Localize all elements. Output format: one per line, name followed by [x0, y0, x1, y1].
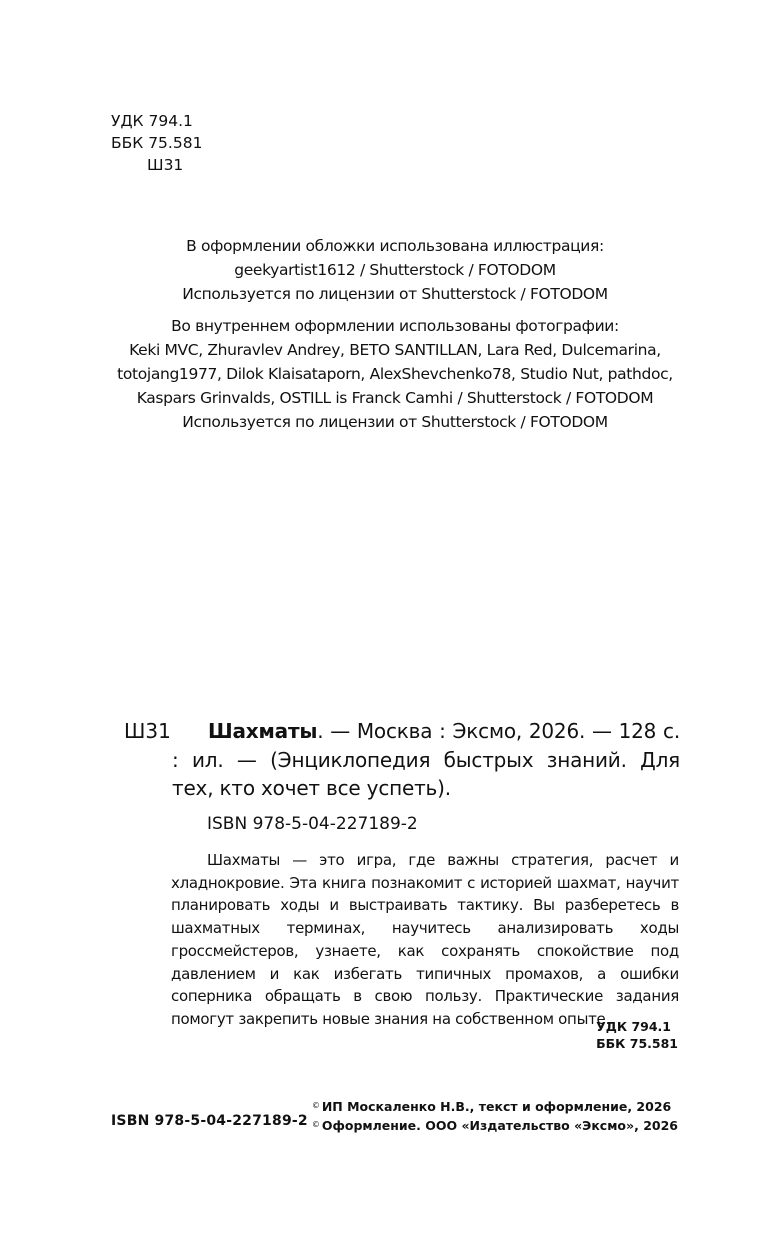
record-entry: Шахматы. — Москва : Эксмо, 2026. — 128 с… — [172, 717, 680, 803]
cover-illustration-credits: В оформлении обложки использована иллюст… — [0, 234, 768, 306]
copyright-icon: © — [312, 1120, 320, 1129]
copyright-line: ©ИП Москаленко Н.В., текст и оформление,… — [312, 1097, 678, 1116]
annotation-text: Шахматы — это игра, где важны стратегия,… — [171, 849, 679, 1031]
credit-line: geekyartist1612 / Shutterstock / FOTODOM — [0, 258, 768, 282]
bibliographic-record: Ш31 Шахматы. — Москва : Эксмо, 2026. — 1… — [124, 717, 680, 803]
credit-line: Keki MVC, Zhuravlev Andrey, BETO SANTILL… — [0, 338, 768, 362]
interior-photo-credits: Во внутреннем оформлении использованы фо… — [0, 314, 768, 434]
credit-line: Используется по лицензии от Shutterstock… — [0, 410, 768, 434]
credit-line: totojang1977, Dilok Klaisataporn, AlexSh… — [0, 362, 768, 386]
credit-line: Используется по лицензии от Shutterstock… — [0, 282, 768, 306]
author-sign: Ш31 — [111, 154, 202, 176]
record-code: Ш31 — [124, 717, 171, 746]
credit-line: Во внутреннем оформлении использованы фо… — [0, 314, 768, 338]
copyright-text: ИП Москаленко Н.В., текст и оформление, … — [322, 1099, 671, 1114]
book-title: Шахматы — [208, 719, 317, 743]
annotation: Шахматы — это игра, где важны стратегия,… — [171, 849, 679, 1031]
isbn-record: ISBN 978-5-04-227189-2 — [207, 813, 418, 835]
footer-udk: УДК 794.1 — [596, 1018, 678, 1035]
copyright-text: Оформление. ООО «Издательство «Эксмо», 2… — [322, 1118, 678, 1133]
classification-codes: УДК 794.1 ББК 75.581 Ш31 — [111, 110, 202, 176]
credit-line: Kaspars Grinvalds, OSTILL is Franck Camh… — [0, 386, 768, 410]
credit-line: В оформлении обложки использована иллюст… — [0, 234, 768, 258]
bbk-code: ББК 75.581 — [111, 132, 202, 154]
copyright-block: ©ИП Москаленко Н.В., текст и оформление,… — [312, 1097, 678, 1135]
footer-bbk: ББК 75.581 — [596, 1035, 678, 1052]
copyright-icon: © — [312, 1101, 320, 1110]
footer-classification: УДК 794.1 ББК 75.581 — [596, 1018, 678, 1052]
copyright-line: ©Оформление. ООО «Издательство «Эксмо», … — [312, 1116, 678, 1135]
footer-isbn: ISBN 978-5-04-227189-2 — [111, 1113, 308, 1129]
udk-code: УДК 794.1 — [111, 110, 202, 132]
